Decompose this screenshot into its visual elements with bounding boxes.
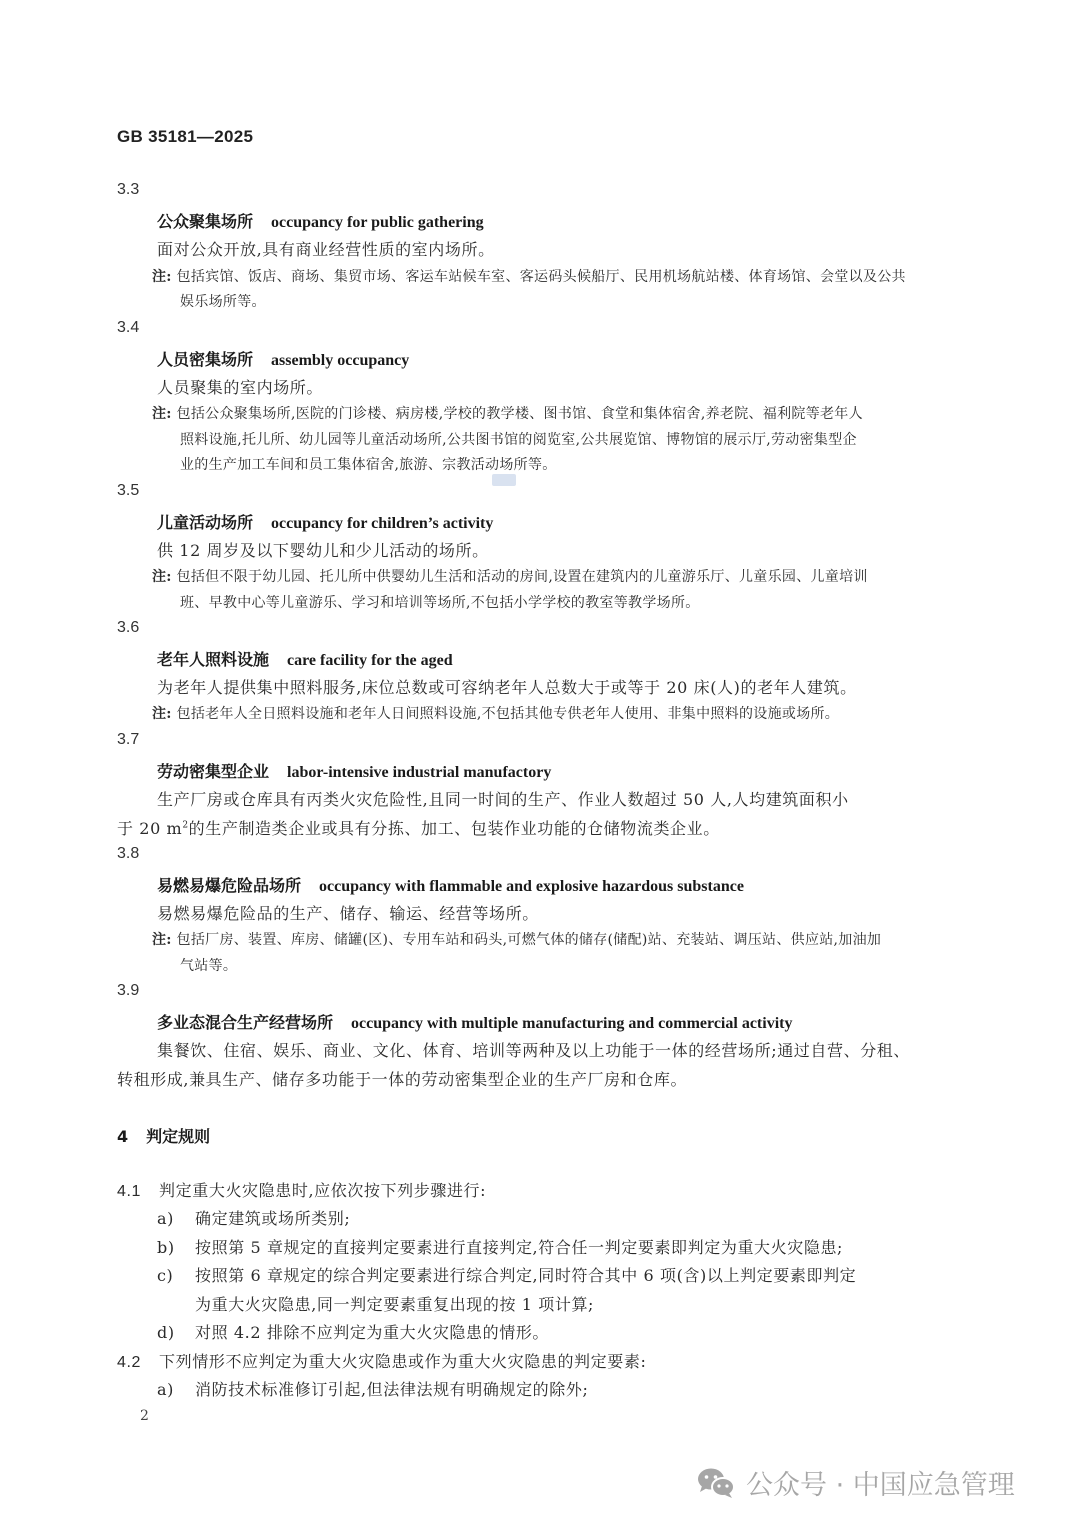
note-line: 包括老年人全日照料设施和老年人日间照料设施,不包括其他专供老年人使用、非集中照料… xyxy=(177,706,840,722)
term-zh: 人员密集场所 xyxy=(157,350,253,369)
note-line: 包括但不限于幼儿园、托儿所中供婴幼儿生活和活动的房间,设置在建筑内的儿童游乐厅、… xyxy=(177,569,868,585)
note-label: 注: xyxy=(152,406,172,422)
term-zh: 老年人照料设施 xyxy=(157,650,269,669)
item-text: 确定建筑或场所类别; xyxy=(195,1209,350,1228)
term-note: 注: 包括但不限于幼儿园、托儿所中供婴幼儿生活和活动的房间,设置在建筑内的儿童游… xyxy=(152,566,868,586)
term-number: 3.3 xyxy=(117,181,139,199)
chapter-title: 判定规则 xyxy=(146,1127,210,1146)
clause-number: 4.2 xyxy=(117,1354,141,1371)
note-label: 注: xyxy=(152,706,172,722)
item-text-cont: 为重大火灾隐患,同一判定要素重复出现的按 1 项计算; xyxy=(195,1292,594,1315)
note-line: 包括厂房、装置、库房、储罐(区)、专用车站和码头,可燃气体的储存(储配)站、充装… xyxy=(177,932,882,948)
note-line: 娱乐场所等。 xyxy=(180,291,266,311)
item-label: a) xyxy=(157,1380,195,1399)
note-line: 包括公众聚集场所,医院的门诊楼、病房楼,学校的教学楼、图书馆、食堂和集体宿舍,养… xyxy=(177,406,863,422)
note-line: 包括宾馆、饭店、商场、集贸市场、客运车站候车室、客运码头候船厅、民用机场航站楼、… xyxy=(177,269,906,285)
term-note: 注: 包括厂房、装置、库房、储罐(区)、专用车站和码头,可燃气体的储存(储配)站… xyxy=(152,929,881,949)
term-note: 注: 包括宾馆、饭店、商场、集贸市场、客运车站候车室、客运码头候船厅、民用机场航… xyxy=(152,266,906,286)
term-zh: 多业态混合生产经营场所 xyxy=(157,1013,333,1032)
note-line: 气站等。 xyxy=(180,955,237,975)
list-item: a)确定建筑或场所类别; xyxy=(157,1206,350,1229)
term-zh: 易燃易爆危险品场所 xyxy=(157,876,301,895)
list-item: c)按照第 6 章规定的综合判定要素进行综合判定,同时符合其中 6 项(含)以上… xyxy=(157,1263,856,1286)
term-note: 注: 包括老年人全日照料设施和老年人日间照料设施,不包括其他专供老年人使用、非集… xyxy=(152,703,839,723)
term-definition: 生产厂房或仓库具有丙类火灾危险性,且同一时间的生产、作业人数超过 50 人,人均… xyxy=(157,787,849,810)
term-definition: 集餐饮、住宿、娱乐、商业、文化、体育、培训等两种及以上功能于一体的经营场所;通过… xyxy=(157,1038,910,1061)
note-label: 注: xyxy=(152,932,172,948)
wechat-watermark: 公众号 · 中国应急管理 xyxy=(696,1463,1015,1502)
term-definition: 供 12 周岁及以下婴幼儿和少儿活动的场所。 xyxy=(157,538,489,561)
term-title: 老年人照料设施care facility for the aged xyxy=(157,647,453,670)
term-definition: 为老年人提供集中照料服务,床位总数或可容纳老年人总数大于或等于 20 床(人)的… xyxy=(157,675,857,698)
note-line: 业的生产加工车间和员工集体宿舍,旅游、宗教活动场所等。 xyxy=(180,454,557,474)
text-fragment: 于 20 m xyxy=(117,819,182,838)
note-label: 注: xyxy=(152,569,172,585)
chapter-number: 4 xyxy=(117,1127,128,1146)
term-number: 3.9 xyxy=(117,982,139,1000)
term-title: 易燃易爆危险品场所occupancy with flammable and ex… xyxy=(157,873,744,896)
term-zh: 公众聚集场所 xyxy=(157,212,253,231)
term-en: occupancy with multiple manufacturing an… xyxy=(351,1015,792,1032)
term-definition-cont: 于 20 m2的生产制造类企业或具有分拣、加工、包装作业功能的仓储物流类企业。 xyxy=(117,816,720,839)
term-number: 3.6 xyxy=(117,619,139,637)
clause-text: 下列情形不应判定为重大火灾隐患或作为重大火灾隐患的判定要素: xyxy=(159,1352,646,1371)
clause-4-2: 4.2下列情形不应判定为重大火灾隐患或作为重大火灾隐患的判定要素: xyxy=(117,1349,646,1372)
item-text: 按照第 6 章规定的综合判定要素进行综合判定,同时符合其中 6 项(含)以上判定… xyxy=(195,1266,856,1285)
clause-number: 4.1 xyxy=(117,1183,141,1200)
faint-watermark-mark xyxy=(492,474,516,486)
term-number: 3.7 xyxy=(117,731,139,749)
item-text: 消防技术标准修订引起,但法律法规有明确规定的除外; xyxy=(195,1380,588,1399)
term-en: labor-intensive industrial manufactory xyxy=(287,764,551,781)
clause-4-1: 4.1判定重大火灾隐患时,应依次按下列步骤进行: xyxy=(117,1178,486,1201)
term-definition: 人员聚集的室内场所。 xyxy=(157,375,323,398)
term-en: care facility for the aged xyxy=(287,652,453,669)
term-zh: 儿童活动场所 xyxy=(157,513,253,532)
note-line: 照料设施,托儿所、幼儿园等儿童活动场所,公共图书馆的阅览室,公共展览馆、博物馆的… xyxy=(180,429,857,449)
item-label: c) xyxy=(157,1266,195,1285)
item-label: d) xyxy=(157,1323,195,1342)
term-number: 3.5 xyxy=(117,482,139,500)
note-line: 班、早教中心等儿童游乐、学习和培训等场所,不包括小学学校的教室等教学场所。 xyxy=(180,592,700,612)
term-en: occupancy for children’s activity xyxy=(271,515,493,532)
item-label: a) xyxy=(157,1209,195,1228)
document-header: GB 35181—2025 xyxy=(117,127,253,147)
term-en: occupancy for public gathering xyxy=(271,214,484,231)
page-number: 2 xyxy=(140,1408,149,1424)
term-title: 人员密集场所assembly occupancy xyxy=(157,347,409,370)
chapter-heading: 4判定规则 xyxy=(117,1124,210,1147)
term-title: 劳动密集型企业labor-intensive industrial manufa… xyxy=(157,759,551,782)
list-item: a)消防技术标准修订引起,但法律法规有明确规定的除外; xyxy=(157,1377,588,1400)
term-title: 儿童活动场所occupancy for children’s activity xyxy=(157,510,493,533)
text-fragment: 的生产制造类企业或具有分拣、加工、包装作业功能的仓储物流类企业。 xyxy=(189,819,720,838)
wechat-icon xyxy=(696,1467,736,1499)
term-definition: 易燃易爆危险品的生产、储存、输运、经营等场所。 xyxy=(157,901,539,924)
note-label: 注: xyxy=(152,269,172,285)
term-definition-cont: 转租形成,兼具生产、储存多功能于一体的劳动密集型企业的生产厂房和仓库。 xyxy=(117,1067,687,1090)
list-item: d)对照 4.2 排除不应判定为重大火灾隐患的情形。 xyxy=(157,1320,549,1343)
list-item: b)按照第 5 章规定的直接判定要素进行直接判定,符合任一判定要素即判定为重大火… xyxy=(157,1235,843,1258)
item-text: 按照第 5 章规定的直接判定要素进行直接判定,符合任一判定要素即判定为重大火灾隐… xyxy=(195,1238,843,1257)
term-zh: 劳动密集型企业 xyxy=(157,762,269,781)
term-number: 3.4 xyxy=(117,319,139,337)
term-en: assembly occupancy xyxy=(271,352,409,369)
item-label: b) xyxy=(157,1238,195,1257)
term-title: 多业态混合生产经营场所occupancy with multiple manuf… xyxy=(157,1010,792,1033)
watermark-text: 公众号 · 中国应急管理 xyxy=(746,1463,1015,1502)
term-number: 3.8 xyxy=(117,845,139,863)
term-definition: 面对公众开放,具有商业经营性质的室内场所。 xyxy=(157,237,495,260)
term-en: occupancy with flammable and explosive h… xyxy=(319,878,744,895)
term-note: 注: 包括公众聚集场所,医院的门诊楼、病房楼,学校的教学楼、图书馆、食堂和集体宿… xyxy=(152,403,863,423)
clause-text: 判定重大火灾隐患时,应依次按下列步骤进行: xyxy=(159,1181,486,1200)
term-title: 公众聚集场所occupancy for public gathering xyxy=(157,209,484,232)
item-text: 对照 4.2 排除不应判定为重大火灾隐患的情形。 xyxy=(195,1323,549,1342)
